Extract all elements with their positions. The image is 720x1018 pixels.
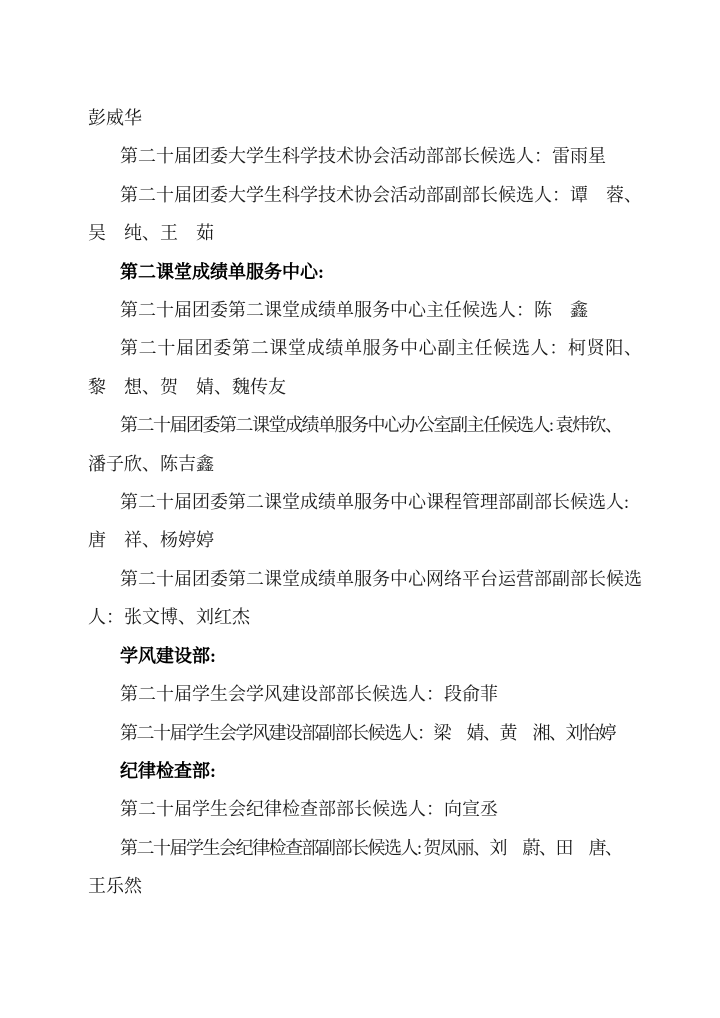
text-line: 黎 想、贺 婧、魏传友 — [88, 368, 642, 406]
text-line: 第二十届团委大学生科学技术协会活动部副部长候选人：谭 蓉、 — [88, 176, 642, 214]
document-page: 彭威华第二十届团委大学生科学技术协会活动部部长候选人：雷雨星第二十届团委大学生科… — [0, 0, 720, 1018]
text-line: 第二十届团委第二课堂成绩单服务中心副主任候选人：柯贤阳、 — [88, 329, 642, 367]
text-line: 第二十届团委第二课堂成绩单服务中心办公室副主任候选人: 袁炜钦、 — [88, 406, 642, 444]
section-heading: 第二课堂成绩单服务中心: — [88, 253, 642, 291]
document-body: 彭威华第二十届团委大学生科学技术协会活动部部长候选人：雷雨星第二十届团委大学生科… — [88, 99, 642, 906]
text-line: 人：张文博、刘红杰 — [88, 598, 642, 636]
text-line: 王乐然 — [88, 867, 642, 905]
text-line: 第二十届团委第二课堂成绩单服务中心主任候选人：陈 鑫 — [88, 291, 642, 329]
text-line: 第二十届学生会纪律检查部部长候选人：向宣丞 — [88, 790, 642, 828]
section-heading: 纪律检查部: — [88, 752, 642, 790]
text-line: 彭威华 — [88, 99, 642, 137]
text-line: 第二十届团委大学生科学技术协会活动部部长候选人：雷雨星 — [88, 137, 642, 175]
text-line: 第二十届学生会学风建设部副部长候选人：梁 婧、黄 湘、刘怡婷 — [88, 714, 642, 752]
text-line: 第二十届团委第二课堂成绩单服务中心网络平台运营部副部长候选 — [88, 560, 642, 598]
text-line: 第二十届学生会纪律检查部副部长候选人: 贺凤丽、刘 蔚、田 唐、 — [88, 829, 642, 867]
text-line: 唐 祥、杨婷婷 — [88, 521, 642, 559]
text-line: 第二十届团委第二课堂成绩单服务中心课程管理部副部长候选人: — [88, 483, 642, 521]
text-line: 潘子欣、陈吉鑫 — [88, 445, 642, 483]
section-heading: 学风建设部: — [88, 637, 642, 675]
text-line: 第二十届学生会学风建设部部长候选人：段俞菲 — [88, 675, 642, 713]
text-line: 吴 纯、王 茹 — [88, 214, 642, 252]
